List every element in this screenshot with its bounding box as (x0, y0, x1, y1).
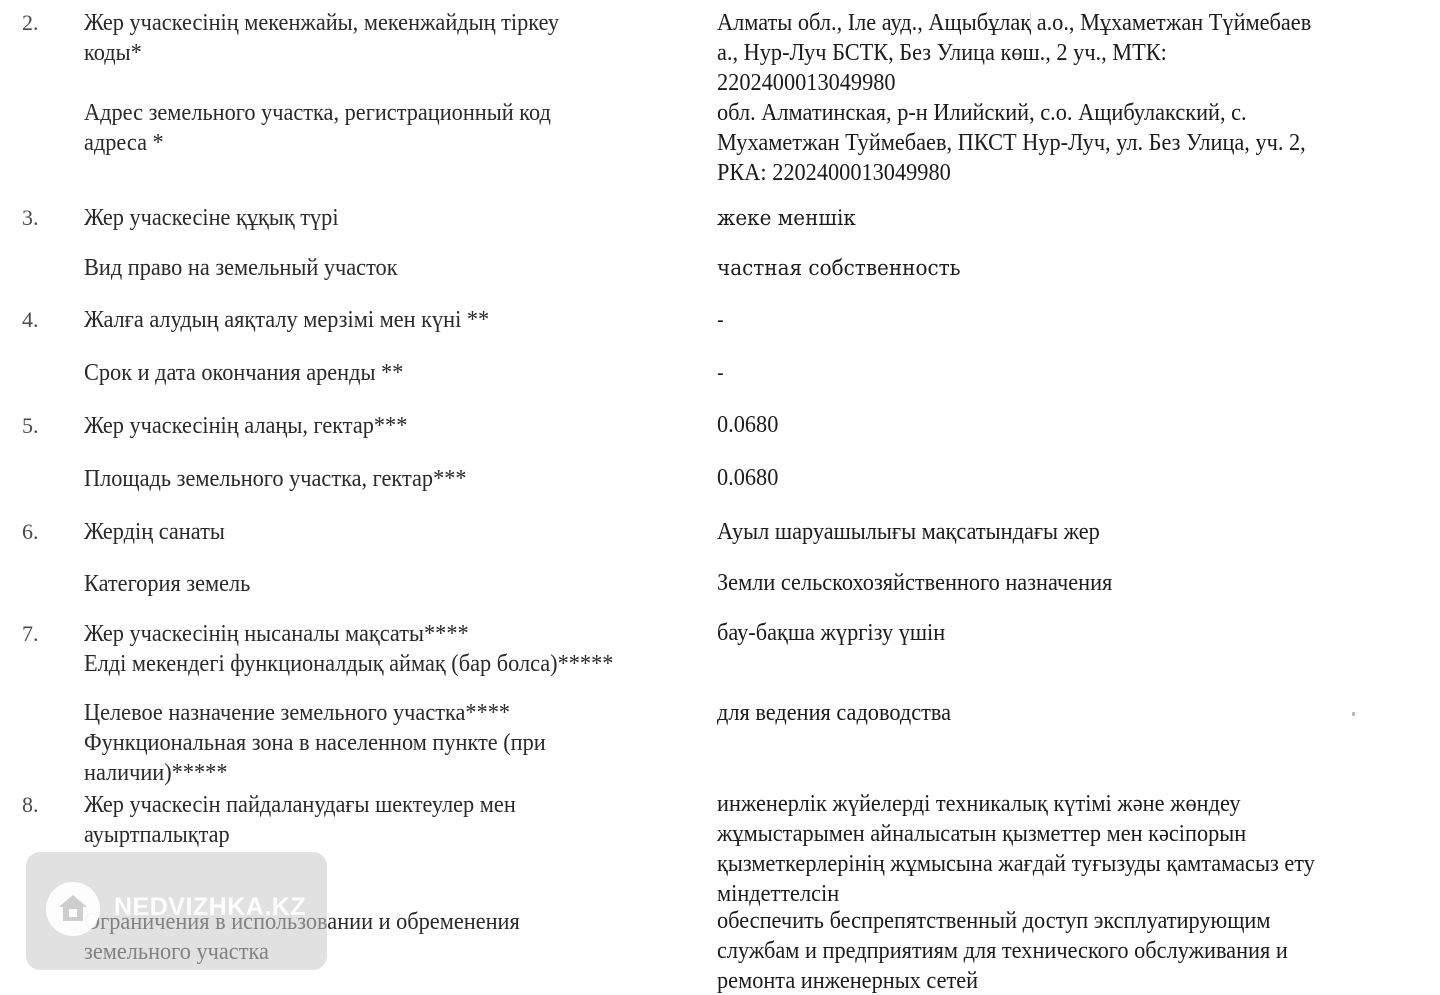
value-restrictions-ru: обеспечить беспрепятственный доступ эксп… (717, 906, 1379, 995)
row-number-3: 3. (22, 203, 39, 233)
value-purpose-kz: бау-бақша жүргізу үшін (717, 618, 1379, 648)
row-number-6: 6. (22, 517, 39, 547)
label-category-ru: Категория земель (84, 569, 668, 599)
value-area-ru: 0.0680 (717, 463, 1379, 493)
value-category-kz: Ауыл шаруашылығы мақсатындағы жер (717, 517, 1379, 547)
label-category-kz: Жердің санаты (84, 517, 668, 547)
value-restrictions-kz: инженерлік жүйелерді техникалық күтімі ж… (717, 789, 1379, 909)
row-number-4: 4. (22, 305, 39, 335)
watermark-badge: NEDVIZHKA.KZ (26, 852, 327, 970)
label-area-kz: Жер учаскесінің алаңы, гектар*** (84, 411, 668, 441)
value-lease-term-kz: - (717, 305, 1393, 335)
label-purpose-kz: Жер учаскесінің нысаналы мақсаты**** Елд… (84, 619, 716, 679)
value-address-ru: обл. Алматинская, р-н Илийский, с.о. Ащи… (717, 98, 1379, 188)
value-category-ru: Земли сельскохозяйственного назначения (717, 568, 1379, 598)
label-address-kz: Жер учаскесінің мекенжайы, мекенжайдың т… (84, 8, 668, 68)
row-number-2: 2. (22, 8, 39, 38)
value-lease-term-ru: - (717, 358, 1393, 388)
label-lease-term-ru: Срок и дата окончания аренды ** (84, 358, 668, 388)
value-right-type-kz: жеке меншік (717, 203, 1393, 233)
value-purpose-ru: для ведения садоводства (717, 698, 1379, 728)
label-right-type-ru: Вид право на земельный участок (84, 253, 668, 283)
scan-speck (1352, 712, 1355, 716)
value-area-kz: 0.0680 (717, 410, 1379, 440)
watermark-text: NEDVIZHKA.KZ (114, 892, 306, 922)
label-restrictions-kz: Жер учаскесін пайдаланудағы шектеулер ме… (84, 790, 668, 850)
label-right-type-kz: Жер учаскесіне құқық түрі (84, 203, 668, 233)
value-address-kz: Алматы обл., Іле ауд., Ащыбұлақ а.о., Мұ… (717, 8, 1379, 98)
row-number-5: 5. (22, 411, 39, 441)
label-purpose-ru: Целевое назначение земельного участка***… (84, 698, 668, 788)
label-address-ru: Адрес земельного участка, регистрационны… (84, 98, 668, 158)
value-right-type-ru: частная собственность (717, 253, 1393, 283)
label-lease-term-kz: Жалға алудың аяқталу мерзімі мен күні ** (84, 305, 668, 335)
row-number-8: 8. (22, 790, 39, 820)
house-icon (46, 882, 100, 936)
label-area-ru: Площадь земельного участка, гектар*** (84, 464, 668, 494)
scan-speck (1030, 12, 1031, 26)
land-document-page: 2. Жер учаскесінің мекенжайы, мекенжайды… (0, 0, 1440, 995)
row-number-7: 7. (22, 619, 39, 649)
